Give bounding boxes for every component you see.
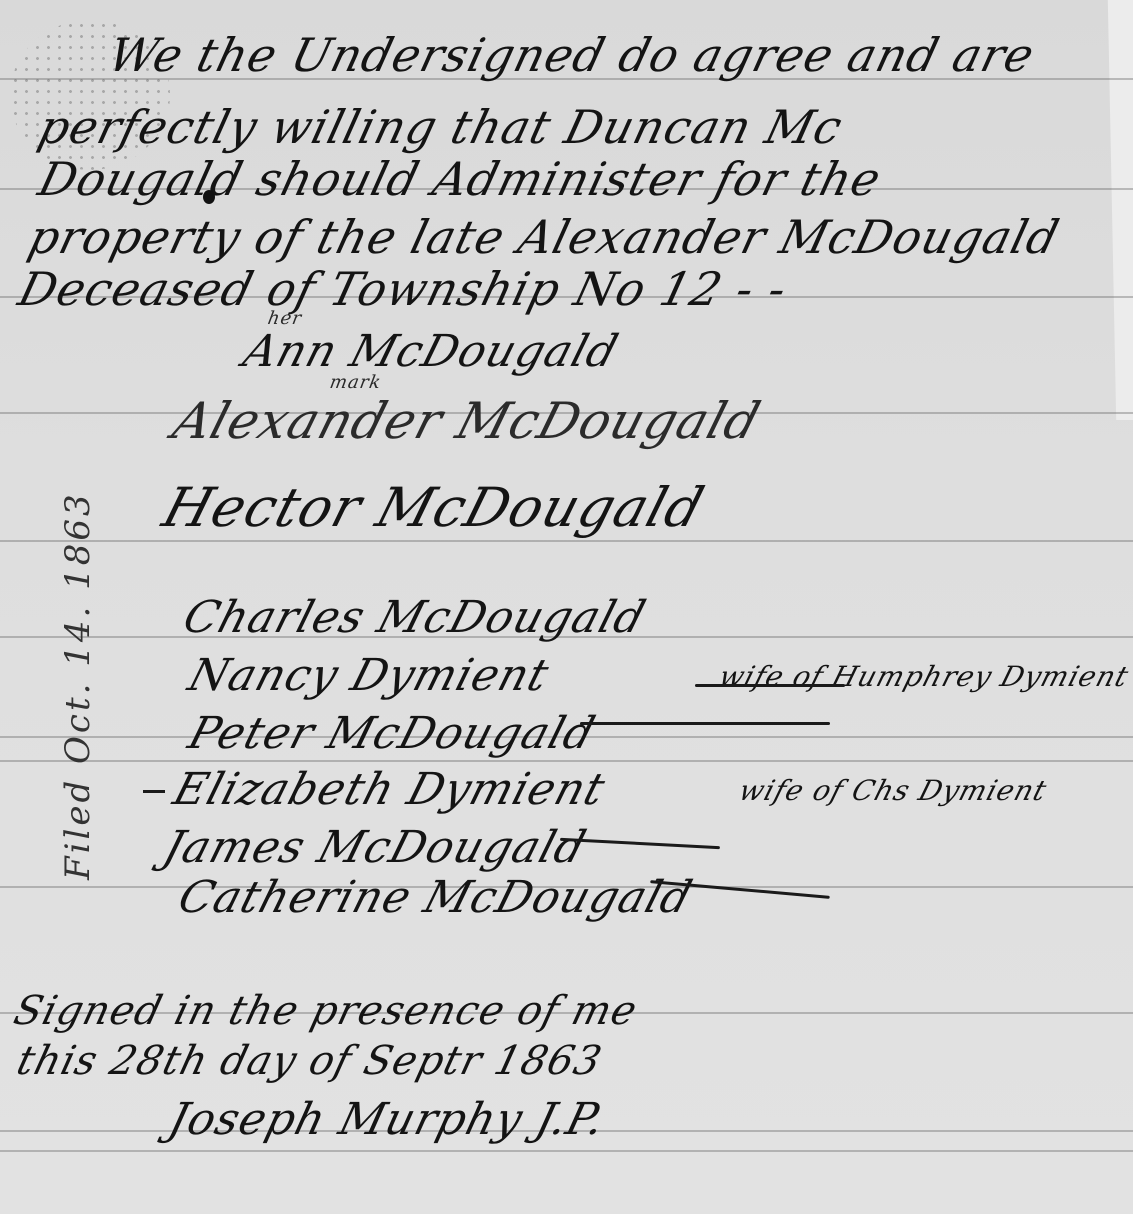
signature-elizabeth-dymient-suffix: wife of Chs Dymient [735,774,1051,807]
signature-nancy-dymient-suffix: wife of Humphrey Dymient [715,660,1133,693]
filing-margin-note: Filed Oct. 14. 1863 [58,491,98,880]
body-line-1: We the Undersigned do agree and are [103,28,1040,82]
dash-mark [143,790,165,793]
strike-line [580,722,830,725]
signature-charles-mcdougald: Charles McDougald [178,592,652,643]
signature-annotation-mark: mark [328,372,383,393]
body-line-3: Dougald should Administer for the [33,152,887,206]
signature-james-mcdougald: James McDougald [158,822,592,873]
strike-line [695,684,845,687]
ruled-line [0,760,1133,762]
signature-catherine-mcdougald: Catherine McDougald [173,872,698,923]
ruled-line [0,1150,1133,1152]
attestation-line-2: this 28th day of Septr 1863 [12,1038,607,1084]
attestation-line-1: Signed in the presence of me [9,988,642,1034]
witness-signature: Joseph Murphy J.P. [164,1094,611,1145]
signature-elizabeth-dymient: Elizabeth Dymient [168,764,612,815]
signature-nancy-dymient: Nancy Dymient [183,650,555,701]
signature-hector-mcdougald: Hector McDougald [156,476,711,539]
ink-blot [203,190,215,204]
signature-peter-mcdougald: Peter McDougald [183,708,601,759]
signature-ann-mcdougald: Ann McDougald [238,326,624,377]
body-line-2: perfectly willing that Duncan Mc [33,100,848,154]
body-line-4: property of the late Alexander McDougald [23,210,1065,264]
signature-alexander-mcdougald: Alexander McDougald [167,392,767,450]
ruled-line [0,540,1133,542]
body-line-5: Deceased of Township No 12 - - [13,262,792,316]
backing-sheet [1073,0,1133,420]
document-page: We the Undersigned do agree and are perf… [0,0,1133,1214]
